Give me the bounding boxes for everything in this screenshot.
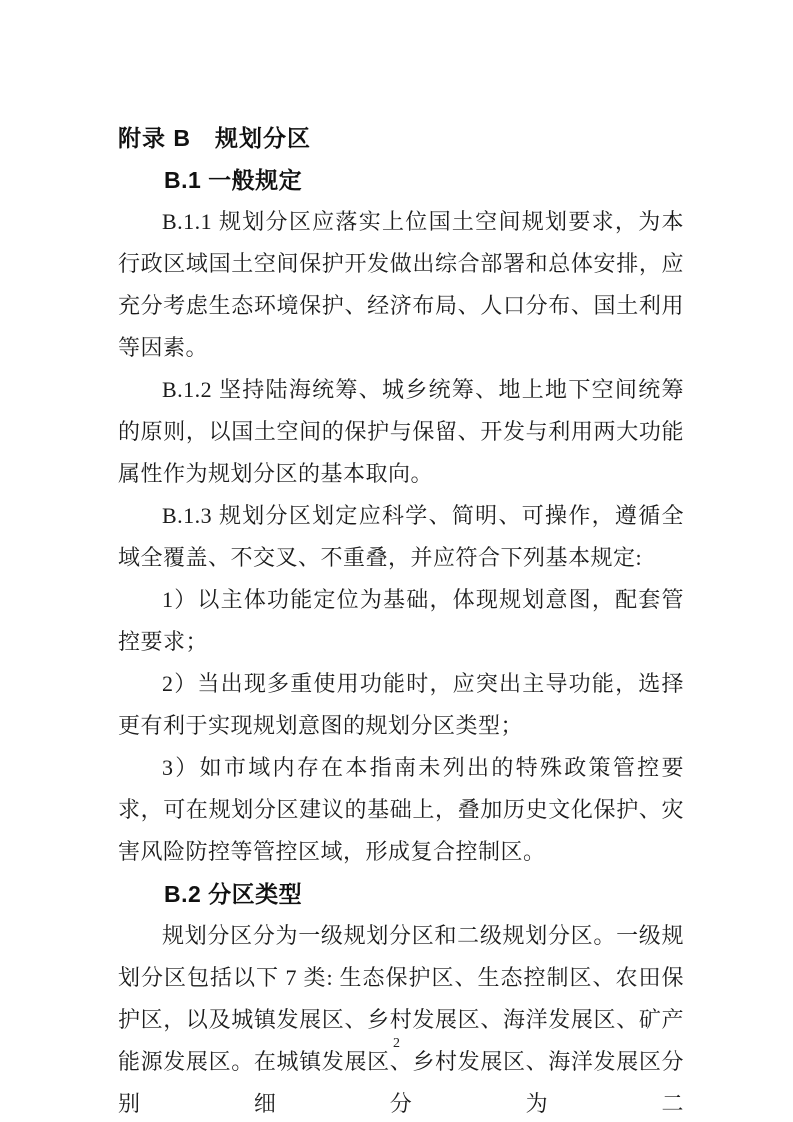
- paragraph-b2-intro: 规划分区分为一级规划分区和二级规划分区。一级规划分区包括以下 7 类: 生态保护…: [118, 915, 684, 1122]
- section-heading-b1: B.1 一般规定: [118, 159, 684, 201]
- list-item-3: 3）如市域内存在本指南未列出的特殊政策管控要求，可在规划分区建议的基础上，叠加历…: [118, 747, 684, 873]
- paragraph-b1-1: B.1.1 规划分区应落实上位国土空间规划要求，为本行政区域国土空间保护开发做出…: [118, 201, 684, 369]
- paragraph-b1-2: B.1.2 坚持陆海统筹、城乡统筹、地上地下空间统筹的原则，以国土空间的保护与保…: [118, 369, 684, 495]
- appendix-title: 附录 B 规划分区: [118, 117, 684, 159]
- list-item-1: 1）以主体功能定位为基础，体现规划意图，配套管控要求；: [118, 579, 684, 663]
- paragraph-b1-3: B.1.3 规划分区划定应科学、简明、可操作，遵循全域全覆盖、不交叉、不重叠，并…: [118, 495, 684, 579]
- page-number: 2: [0, 1036, 793, 1052]
- section-heading-b2: B.2 分区类型: [118, 873, 684, 915]
- document-page: 附录 B 规划分区 B.1 一般规定 B.1.1 规划分区应落实上位国土空间规划…: [0, 0, 793, 1122]
- list-item-2: 2）当出现多重使用功能时，应突出主导功能，选择更有利于实现规划意图的规划分区类型…: [118, 663, 684, 747]
- document-content: 附录 B 规划分区 B.1 一般规定 B.1.1 规划分区应落实上位国土空间规划…: [118, 117, 684, 1122]
